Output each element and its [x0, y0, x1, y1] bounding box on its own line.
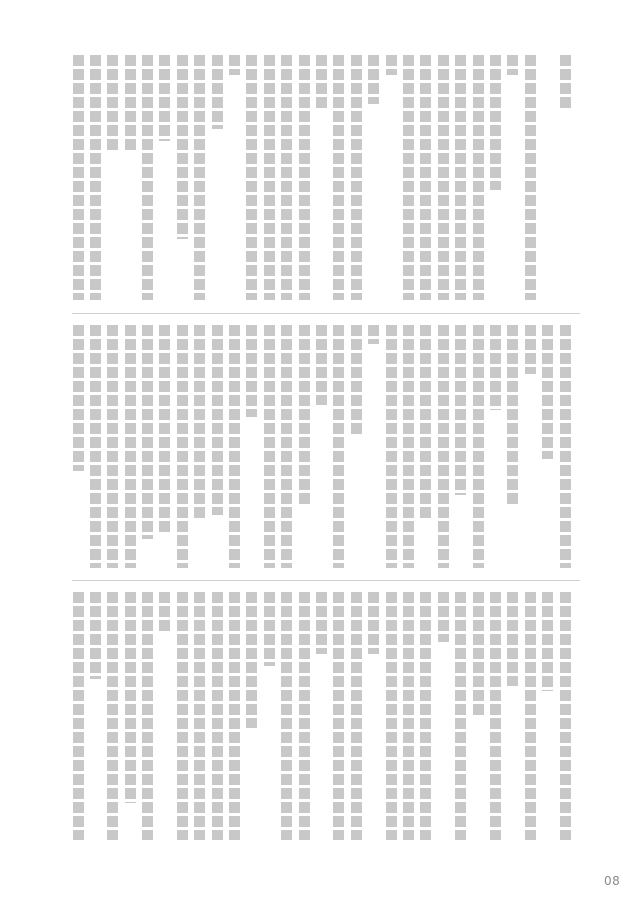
text-column-redacted [507, 55, 518, 75]
text-column-redacted [386, 55, 397, 75]
text-column-redacted [281, 325, 292, 568]
text-column-redacted [299, 55, 310, 300]
text-column-redacted [438, 55, 449, 300]
text-column-redacted [525, 592, 536, 840]
text-column-redacted [229, 55, 240, 75]
text-column-redacted [368, 55, 379, 104]
text-column-redacted [299, 325, 310, 507]
text-column-redacted [212, 592, 223, 840]
text-column-redacted [316, 55, 327, 109]
text-column-redacted [351, 55, 362, 300]
text-column-redacted [159, 55, 170, 141]
text-column-redacted [229, 325, 240, 568]
text-column-redacted [142, 325, 153, 539]
text-column-redacted [560, 55, 571, 109]
text-column-redacted [90, 325, 101, 568]
text-column-redacted [490, 55, 501, 190]
text-column-redacted [73, 55, 84, 300]
text-column-redacted [159, 592, 170, 632]
text-column-redacted [264, 592, 275, 666]
text-column-redacted [229, 592, 240, 840]
text-column-redacted [368, 592, 379, 654]
text-column-redacted [194, 55, 205, 300]
text-column-redacted [542, 325, 553, 459]
text-column-redacted [159, 325, 170, 532]
tier-3 [0, 592, 637, 840]
text-column-redacted [455, 592, 466, 840]
text-column-redacted [316, 325, 327, 405]
text-column-redacted [246, 325, 257, 417]
text-column-redacted [560, 325, 571, 568]
text-column-redacted [438, 592, 449, 642]
text-column-redacted [107, 325, 118, 568]
text-column-redacted [473, 592, 484, 716]
text-column-redacted [351, 325, 362, 434]
text-column-redacted [90, 592, 101, 679]
text-column-redacted [420, 55, 431, 300]
text-column-redacted [368, 325, 379, 344]
text-column-redacted [142, 592, 153, 840]
text-column-redacted [264, 55, 275, 300]
text-column-redacted [246, 592, 257, 728]
text-column-redacted [386, 325, 397, 568]
text-column-redacted [194, 592, 205, 840]
text-column-redacted [420, 325, 431, 519]
text-column-redacted [403, 55, 414, 300]
text-column-redacted [73, 592, 84, 840]
text-column-redacted [333, 592, 344, 840]
text-column-redacted [490, 325, 501, 410]
text-column-redacted [264, 325, 275, 568]
text-column-redacted [455, 325, 466, 495]
text-column-redacted [142, 55, 153, 300]
text-column-redacted [125, 55, 136, 153]
text-column-redacted [490, 592, 501, 840]
text-column-redacted [107, 55, 118, 153]
text-column-redacted [560, 592, 571, 840]
text-column-redacted [507, 325, 518, 507]
text-column-redacted [73, 325, 84, 471]
text-column-redacted [351, 592, 362, 840]
text-column-redacted [177, 55, 188, 239]
text-column-redacted [90, 55, 101, 300]
tier-2 [0, 325, 637, 568]
text-column-redacted [125, 325, 136, 568]
text-column-redacted [299, 592, 310, 840]
text-column-redacted [542, 592, 553, 691]
text-column-redacted [420, 592, 431, 840]
text-column-redacted [316, 592, 327, 654]
text-column-redacted [107, 592, 118, 840]
text-column-redacted [246, 55, 257, 300]
tier-divider [72, 313, 580, 314]
text-column-redacted [194, 325, 205, 519]
text-column-redacted [333, 325, 344, 568]
tier-divider [72, 580, 580, 581]
text-column-redacted [455, 55, 466, 300]
text-column-redacted [125, 592, 136, 803]
text-column-redacted [333, 55, 344, 300]
text-column-redacted [473, 55, 484, 300]
text-column-redacted [473, 325, 484, 568]
text-column-redacted [212, 325, 223, 515]
text-column-redacted [525, 55, 536, 300]
text-column-redacted [507, 592, 518, 686]
text-column-redacted [177, 325, 188, 568]
text-column-redacted [386, 592, 397, 840]
text-column-redacted [525, 325, 536, 374]
text-column-redacted [177, 592, 188, 840]
page-number: 08 [604, 874, 620, 888]
text-column-redacted [403, 592, 414, 840]
text-column-redacted [403, 325, 414, 568]
text-column-redacted [438, 325, 449, 568]
text-column-redacted [281, 592, 292, 840]
text-column-redacted [212, 55, 223, 129]
tier-1 [0, 55, 637, 300]
text-column-redacted [281, 55, 292, 300]
